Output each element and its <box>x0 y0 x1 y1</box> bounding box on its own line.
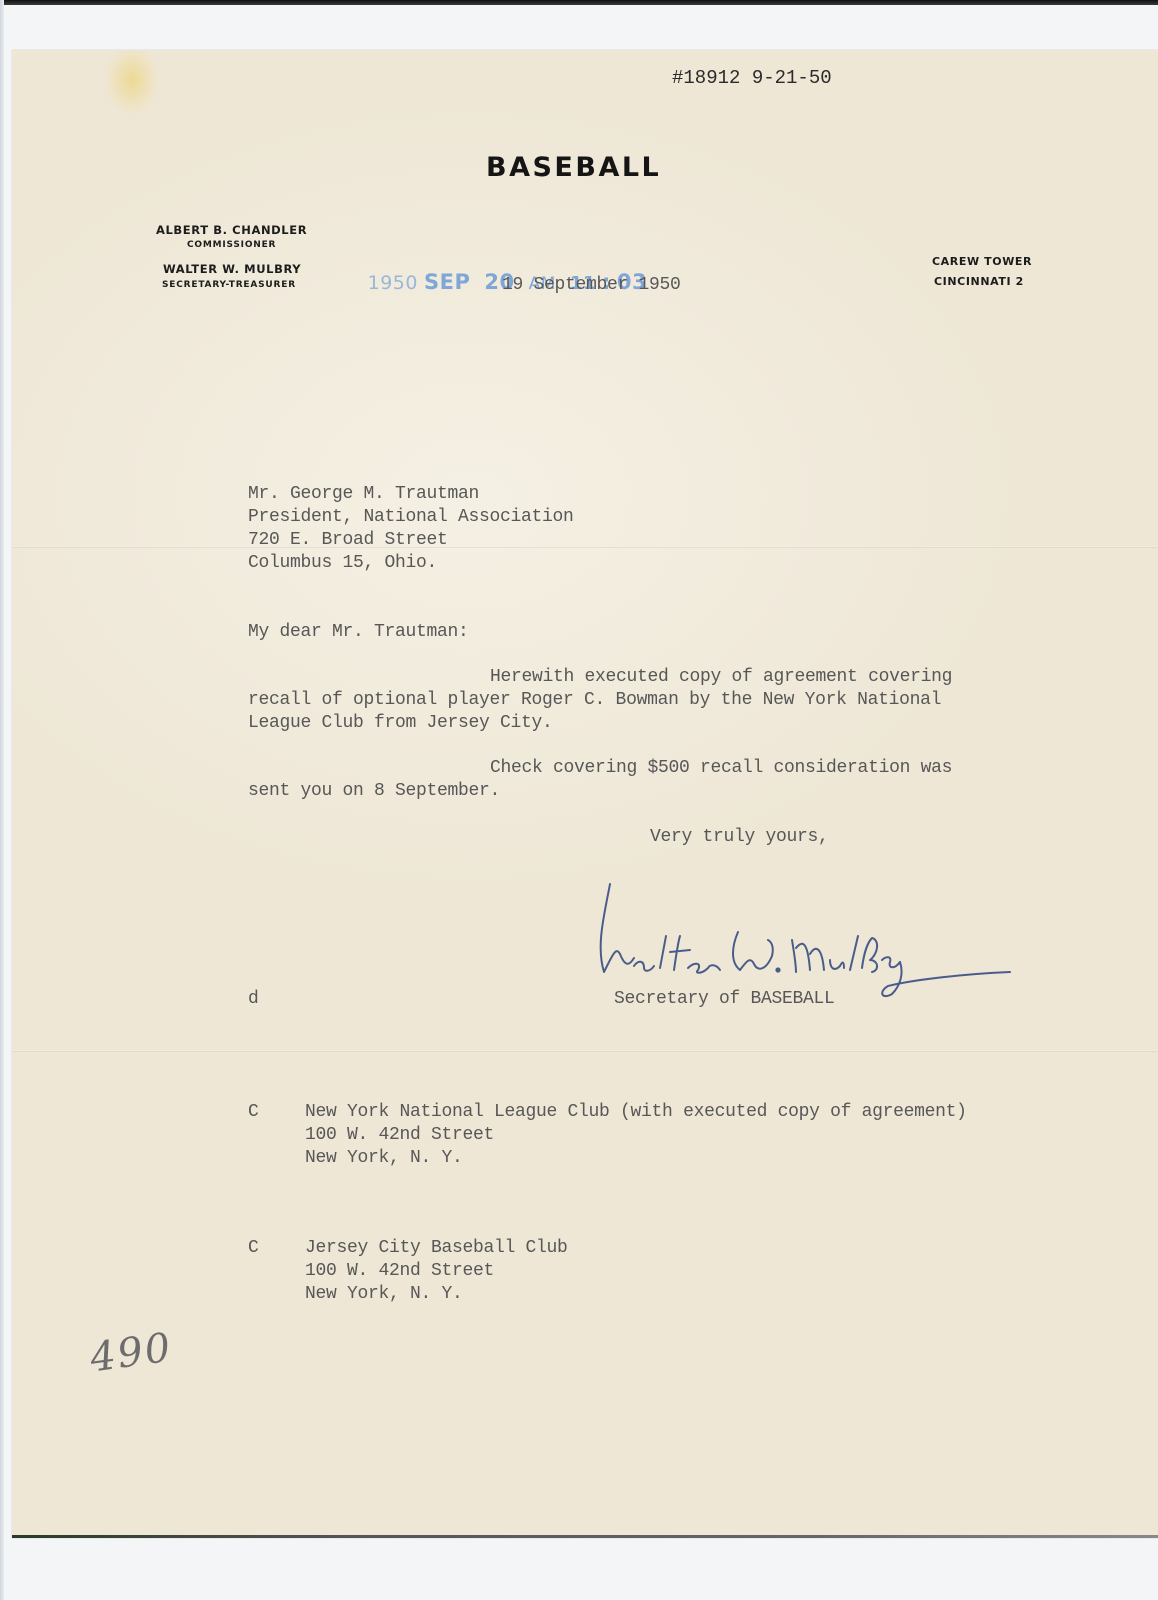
cc-line: Jersey City Baseball Club <box>305 1237 568 1260</box>
address-line-1: CAREW TOWER <box>932 255 1032 268</box>
recipient-line: President, National Association <box>248 506 574 529</box>
cc-line: New York National League Club (with exec… <box>305 1101 967 1124</box>
body-line: League Club from Jersey City. <box>248 712 553 735</box>
cc-marker: C <box>248 1101 259 1124</box>
secretary-role: SECRETARY-TREASURER <box>162 280 296 290</box>
body-line: sent you on 8 September. <box>248 780 500 803</box>
closing: Very truly yours, <box>650 826 829 849</box>
signer-title: Secretary of BASEBALL <box>614 988 835 1011</box>
typist-initial: d <box>248 988 259 1011</box>
cc-marker: C <box>248 1237 259 1260</box>
recipient-line: Mr. George M. Trautman <box>248 483 479 506</box>
recipient-line: Columbus 15, Ohio. <box>248 552 437 575</box>
body-line: Herewith executed copy of agreement cove… <box>490 666 952 689</box>
cc-line: 100 W. 42nd Street <box>305 1124 494 1147</box>
body-line: recall of optional player Roger C. Bowma… <box>248 689 941 712</box>
commissioner-name: ALBERT B. CHANDLER <box>156 223 307 237</box>
commissioner-role: COMMISSIONER <box>187 240 276 250</box>
handwritten-signature <box>582 876 1022 1006</box>
body-line: Check covering $500 recall consideration… <box>490 757 952 780</box>
letterhead-title: BASEBALL <box>486 152 661 183</box>
paper-fold-line <box>12 1050 1158 1052</box>
scan-border-left <box>0 0 4 1600</box>
cc-line: New York, N. Y. <box>305 1147 463 1170</box>
address-line-2: CINCINNATI 2 <box>934 275 1024 288</box>
scan-border-top <box>0 0 1158 5</box>
stamp-year: 1950 <box>368 272 418 294</box>
cc-line: New York, N. Y. <box>305 1283 463 1306</box>
secretary-name: WALTER W. MULBRY <box>163 262 301 276</box>
file-reference: #18912 9-21-50 <box>672 67 832 89</box>
letter-date: 19 September 1950 <box>502 274 681 297</box>
recipient-line: 720 E. Broad Street <box>248 529 448 552</box>
stamp-month: SEP <box>424 270 470 294</box>
salutation: My dear Mr. Trautman: <box>248 621 469 644</box>
paper-fold-line <box>12 546 1158 548</box>
cc-line: 100 W. 42nd Street <box>305 1260 494 1283</box>
